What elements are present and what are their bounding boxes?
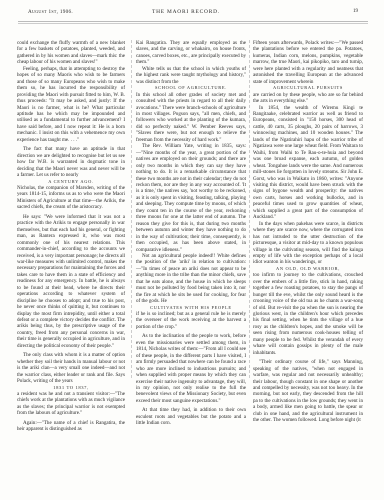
paragraph: In 1854, the wealth of Wiremu Kingi te R… bbox=[253, 105, 363, 221]
paragraph: too infirm to journey to the cultivation… bbox=[253, 272, 363, 356]
paragraph: Kai Rangatira. They are equally employed… bbox=[136, 40, 246, 66]
paragraph: In the days when pakehas were scarce, in… bbox=[253, 221, 363, 266]
paragraph: The only class with whom it is a matter … bbox=[17, 352, 125, 384]
column-divider bbox=[249, 40, 250, 380]
publication-title: THE MAORI RECORD. bbox=[152, 9, 220, 15]
paragraph: could exchange the fluffy warmth of a ne… bbox=[17, 40, 125, 66]
paragraph: Again:—"The name of a chief is Rangatira… bbox=[17, 420, 125, 433]
paragraph: Feeling, perhaps, that in attempting to … bbox=[17, 66, 125, 143]
article-column-1: could exchange the fluffy warmth of a ne… bbox=[17, 40, 125, 433]
paragraph: He says: "We were informed that it was n… bbox=[17, 214, 125, 350]
paragraph: The Rev. William Yate, writing in 1835, … bbox=[136, 143, 246, 253]
paragraph: The fact that many have an aptitude in t… bbox=[17, 146, 125, 178]
paragraph: Fifteen years afterwards, Polack writes:… bbox=[253, 40, 363, 85]
paragraph: are carried on by these people, who are … bbox=[253, 92, 363, 105]
paragraph: In this school all other grades of socie… bbox=[136, 92, 246, 144]
header-rule bbox=[18, 21, 368, 22]
article-column-2: Kai Rangatira. They are equally employed… bbox=[136, 40, 246, 427]
paragraph: Nicholas, the companion of Marsden, writ… bbox=[17, 185, 125, 211]
paragraph: At that time they had, in addition to th… bbox=[136, 407, 246, 426]
article-column-3: Fifteen years afterwards, Polack writes:… bbox=[253, 40, 363, 424]
paragraph: As to the inclination of the people to w… bbox=[136, 333, 246, 404]
paragraph: a resident was he and not a transient vi… bbox=[17, 391, 125, 417]
paragraph: "Their ordinary course of life," says Ma… bbox=[253, 359, 363, 424]
header-rule-secondary bbox=[18, 23, 368, 24]
issue-date: August 1st, 1906. bbox=[28, 9, 73, 15]
paragraph: White tells us that the school in which … bbox=[136, 66, 246, 85]
page-number: 19 bbox=[353, 9, 358, 14]
paragraph: Not an agricultural people indeed!! Whit… bbox=[136, 253, 246, 305]
page-header: August 1st, 1906. THE MAORI RECORD. 19 bbox=[0, 0, 384, 30]
column-divider bbox=[131, 40, 132, 380]
paragraph: if he is so inclined; but as a general r… bbox=[136, 311, 246, 330]
